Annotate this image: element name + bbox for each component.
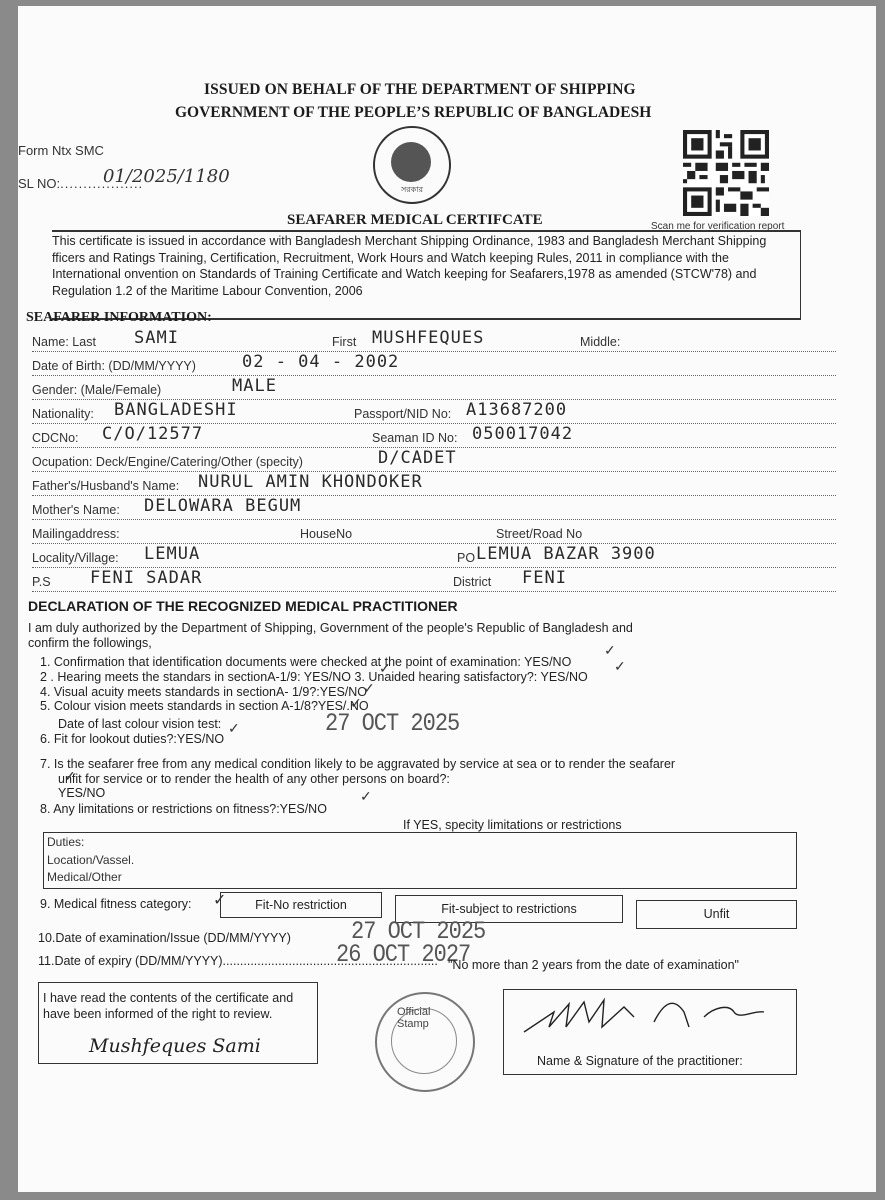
check-icon: ✓ <box>360 788 372 805</box>
certificate-title: SEAFARER MEDICAL CERTIFCATE <box>287 212 543 229</box>
dob-value[interactable]: 02 - 04 - 2002 <box>242 352 399 372</box>
district-value[interactable]: FENI <box>522 568 567 588</box>
official-stamp-icon: Official Stamp <box>375 992 475 1092</box>
nationality-row: Nationality: BANGLADESHI Passport/NID No… <box>32 404 836 424</box>
question-4: 4. Visual acuity meets standards in sect… <box>40 685 367 699</box>
practitioner-label: Name & Signature of the practitioner: <box>537 1054 743 1068</box>
colour-test-label: Date of last colour vision test: <box>58 717 221 731</box>
qr-code-icon[interactable] <box>683 130 769 216</box>
dob-row: Date of Birth: (DD/MM/YYYY) 02 - 04 - 20… <box>32 356 836 376</box>
form-number: Form Ntx SMC <box>18 143 104 158</box>
limitations-instruction: If YES, specity limitations or restricti… <box>403 818 622 832</box>
intro-statement-box: This certificate is issued in accordance… <box>52 230 801 320</box>
check-icon: ✓ <box>363 680 375 697</box>
check-icon: ✓ <box>614 658 626 675</box>
check-icon: ✓ <box>228 720 240 737</box>
ps-row: P.S FENI SADAR District FENI <box>32 572 836 592</box>
mailing-row: Mailingaddress: HouseNo Street/Road No <box>32 524 836 544</box>
check-icon: ✓ <box>64 768 76 785</box>
question-8: 8. Any limitations or restrictions on fi… <box>40 802 327 816</box>
sl-label: SL NO: <box>18 176 60 191</box>
question-7-line-2: unfit for service or to render the healt… <box>58 772 450 786</box>
fitness-option-fit-no-restriction[interactable]: Fit-No restriction <box>220 892 382 918</box>
nationality-value[interactable]: BANGLADESHI <box>114 400 238 420</box>
question-7-line-3: YES/NO <box>58 786 105 800</box>
practitioner-signature-icon <box>514 992 774 1042</box>
question-1: 1. Confirmation that identification docu… <box>40 655 571 669</box>
header-line-2: GOVERNMENT OF THE PEOPLE’S REPUBLIC OF B… <box>175 104 651 122</box>
government-emblem-icon: সরকার <box>373 126 451 204</box>
occupation-row: Ocupation: Deck/Engine/Catering/Other (s… <box>32 452 836 472</box>
gender-value[interactable]: MALE <box>232 376 277 396</box>
seafarer-info-title: SEAFARER INFORMATION: <box>26 310 212 326</box>
question-2-3: 2 . Hearing meets the standars in sectio… <box>40 670 588 684</box>
cdc-value[interactable]: C/O/12577 <box>102 424 203 444</box>
limitations-box[interactable]: Duties: Location/Vassel. Medical/Other <box>43 832 797 889</box>
last-name-value[interactable]: SAMI <box>134 328 179 348</box>
passport-value[interactable]: A13687200 <box>466 400 567 420</box>
cdc-row: CDCNo: C/O/12577 Seaman ID No: 050017042 <box>32 428 836 448</box>
seafarer-acknowledgement-box: I have read the contents of the certific… <box>38 982 318 1064</box>
check-icon: ✓ <box>604 642 616 659</box>
declaration-title: DECLARATION OF THE RECOGNIZED MEDICAL PR… <box>28 598 458 614</box>
fitness-category-label: 9. Medical fitness category: <box>40 897 191 911</box>
locality-row: Locality/Village: LEMUA PO LEMUA BAZAR 3… <box>32 548 836 568</box>
question-5: 5. Colour vision meets standards in sect… <box>40 699 369 713</box>
colour-test-date-stamp: 27 OCT 2025 <box>325 709 459 738</box>
mother-name-value[interactable]: DELOWARA BEGUM <box>144 496 301 516</box>
first-name-value[interactable]: MUSHFEQUES <box>372 328 484 348</box>
expiry-note: "No more than 2 years from the date of e… <box>448 958 739 972</box>
seafarer-signature: Mushfeques Sami <box>89 1035 261 1057</box>
name-row: Name: Last SAMI First MUSHFEQUES Middle: <box>32 332 836 352</box>
declaration-intro: I am duly authorized by the Department o… <box>28 621 633 651</box>
sl-number-value: 01/2025/1180 <box>103 166 230 187</box>
locality-value[interactable]: LEMUA <box>144 544 200 564</box>
father-name-value[interactable]: NURUL AMIN KHONDOKER <box>198 472 423 492</box>
po-value[interactable]: LEMUA BAZAR 3900 <box>476 544 656 564</box>
father-row: Father's/Husband's Name: NURUL AMIN KHON… <box>32 476 836 496</box>
occupation-value[interactable]: D/CADET <box>378 448 457 468</box>
gender-row: Gender: (Male/Female) MALE <box>32 380 836 400</box>
check-icon: ✓ <box>379 660 391 677</box>
intro-text: This certificate is issued in accordance… <box>52 232 800 299</box>
question-7-line-1: 7. Is the seafarer free from any medical… <box>40 757 675 771</box>
certificate-page: ISSUED ON BEHALF OF THE DEPARTMENT OF SH… <box>18 6 876 1192</box>
question-6: 6. Fit for lookout duties?:YES/NO <box>40 732 224 746</box>
exam-date-label: 10.Date of examination/Issue (DD/MM/YYYY… <box>38 931 291 945</box>
fitness-option-unfit[interactable]: Unfit <box>636 900 797 929</box>
practitioner-signature-box: Name & Signature of the practitioner: <box>503 989 797 1075</box>
ps-value[interactable]: FENI SADAR <box>90 568 202 588</box>
acknowledgement-text: I have read the contents of the certific… <box>43 991 303 1022</box>
header-line-1: ISSUED ON BEHALF OF THE DEPARTMENT OF SH… <box>204 81 636 99</box>
seaman-id-value[interactable]: 050017042 <box>472 424 573 444</box>
mother-row: Mother's Name: DELOWARA BEGUM <box>32 500 836 520</box>
